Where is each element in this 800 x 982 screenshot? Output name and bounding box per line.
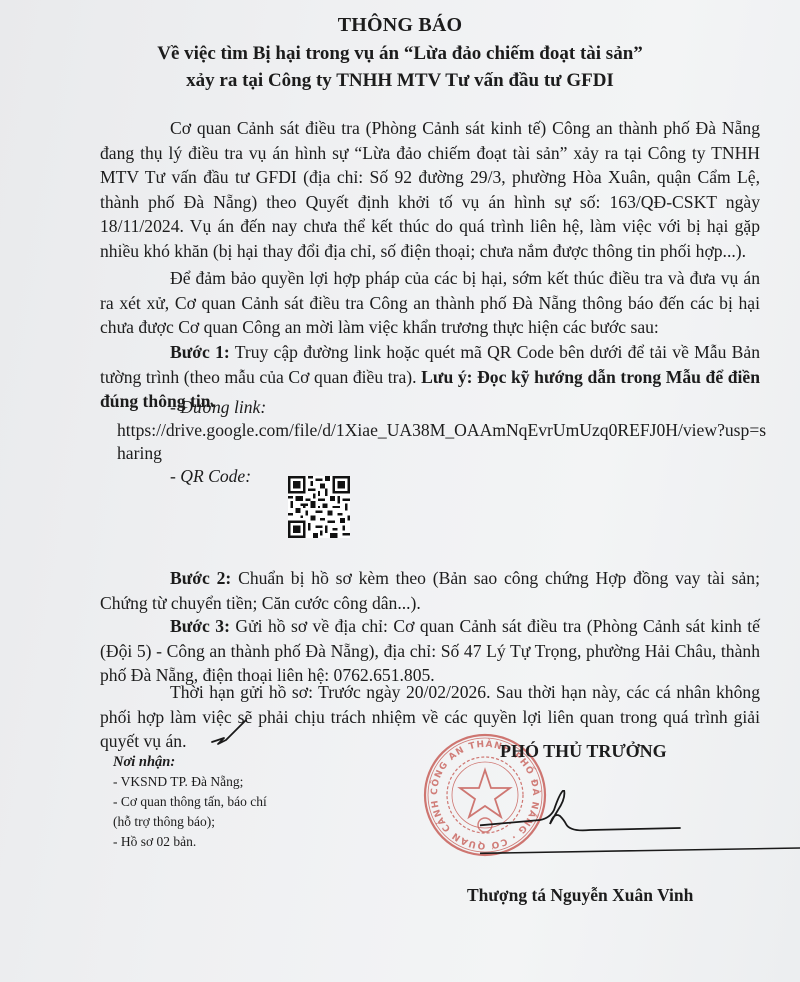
recipients-block: Nơi nhận: - VKSND TP. Đà Nẵng; - Cơ quan… <box>113 752 267 852</box>
link-label: - Đường link: <box>170 397 266 418</box>
recipients-heading: Nơi nhận: <box>113 752 267 772</box>
step-2-label: Bước 2: <box>170 568 231 588</box>
step-2: Bước 2: Chuẩn bị hồ sơ kèm theo (Bản sao… <box>100 566 760 615</box>
qr-code-image[interactable] <box>288 476 350 538</box>
paragraph-purpose: Để đảm bảo quyền lợi hợp pháp của các bị… <box>100 266 760 340</box>
document-title: THÔNG BÁO <box>0 14 800 37</box>
document-page: THÔNG BÁO Về việc tìm Bị hại trong vụ án… <box>0 0 800 982</box>
step-1-label: Bước 1: <box>170 342 230 362</box>
recipient-item: (hỗ trợ thông báo); <box>113 812 267 832</box>
handwritten-mark-icon <box>210 718 250 746</box>
recipient-item: - Hồ sơ 02 bản. <box>113 832 267 852</box>
handwritten-signature-icon <box>480 790 800 870</box>
step-3: Bước 3: Gửi hồ sơ về địa chỉ: Cơ quan Cả… <box>100 614 760 688</box>
recipient-item: - VKSND TP. Đà Nẵng; <box>113 772 267 792</box>
step-3-label: Bước 3: <box>170 616 230 636</box>
signer-name: Thượng tá Nguyễn Xuân Vinh <box>467 885 693 906</box>
recipient-item: - Cơ quan thông tấn, báo chí <box>113 792 267 812</box>
subtitle-line-1: Về việc tìm Bị hại trong vụ án “Lừa đảo … <box>0 40 800 67</box>
download-link[interactable]: https://drive.google.com/file/d/1Xiae_UA… <box>117 419 767 465</box>
document-subtitle: Về việc tìm Bị hại trong vụ án “Lừa đảo … <box>0 40 800 94</box>
subtitle-line-2: xảy ra tại Công ty TNHH MTV Tư vấn đầu t… <box>0 67 800 94</box>
qr-label: - QR Code: <box>170 466 251 487</box>
signer-position: PHÓ THỦ TRƯỞNG <box>500 741 667 762</box>
paragraph-case-info: Cơ quan Cảnh sát điều tra (Phòng Cảnh sá… <box>100 116 760 263</box>
